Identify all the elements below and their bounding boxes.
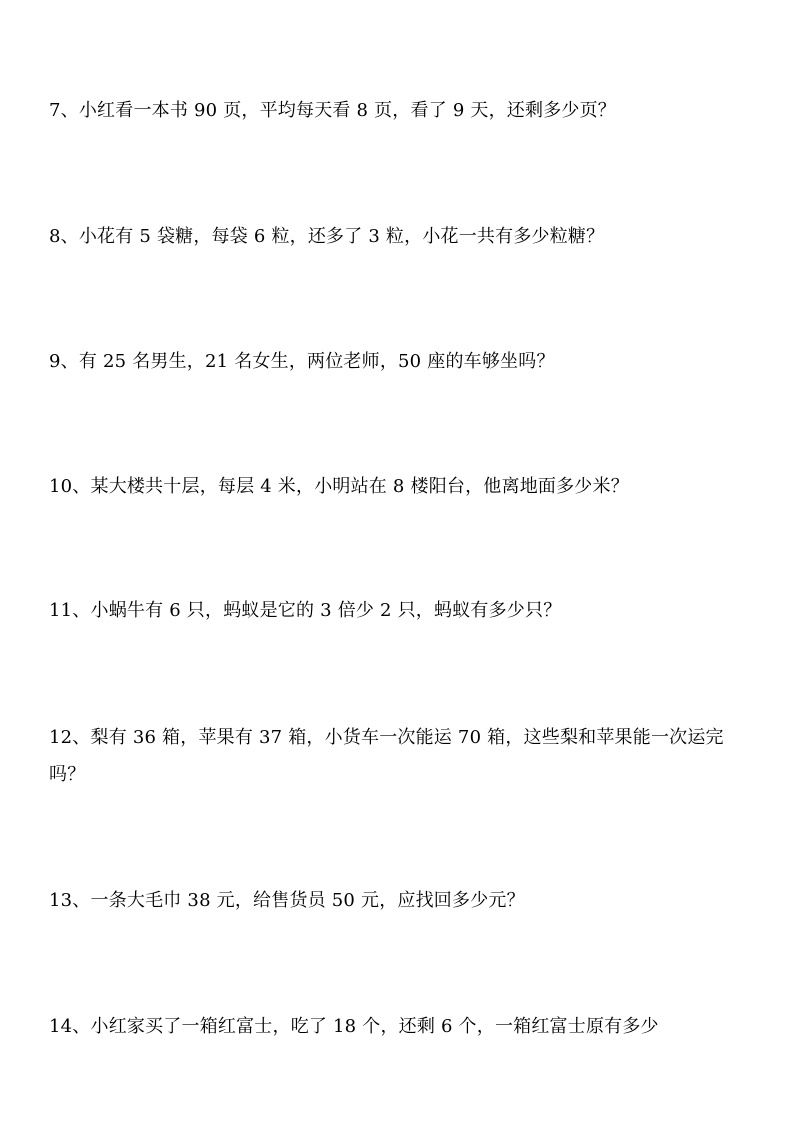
question-8: 8、小花有 5 袋糖，每袋 6 粒，还多了 3 粒，小花一共有多少粒糖？ xyxy=(49,218,754,255)
question-13: 13、一条大毛巾 38 元，给售货员 50 元，应找回多少元？ xyxy=(49,882,754,919)
question-11: 11、小蜗牛有 6 只，蚂蚁是它的 3 倍少 2 只，蚂蚁有多少只？ xyxy=(49,592,754,629)
question-10: 10、某大楼共十层，每层 4 米，小明站在 8 楼阳台，他离地面多少米？ xyxy=(49,468,754,505)
question-12: 12、梨有 36 箱，苹果有 37 箱，小货车一次能运 70 箱，这些梨和苹果能… xyxy=(49,719,754,793)
worksheet-page: 7、小红看一本书 90 页，平均每天看 8 页，看了 9 天，还剩多少页？ 8、… xyxy=(0,0,793,1122)
question-7: 7、小红看一本书 90 页，平均每天看 8 页，看了 9 天，还剩多少页？ xyxy=(49,92,754,129)
question-14: 14、小红家买了一箱红富士，吃了 18 个，还剩 6 个，一箱红富士原有多少 xyxy=(49,1008,754,1045)
question-9: 9、有 25 名男生，21 名女生，两位老师，50 座的车够坐吗？ xyxy=(49,343,754,380)
